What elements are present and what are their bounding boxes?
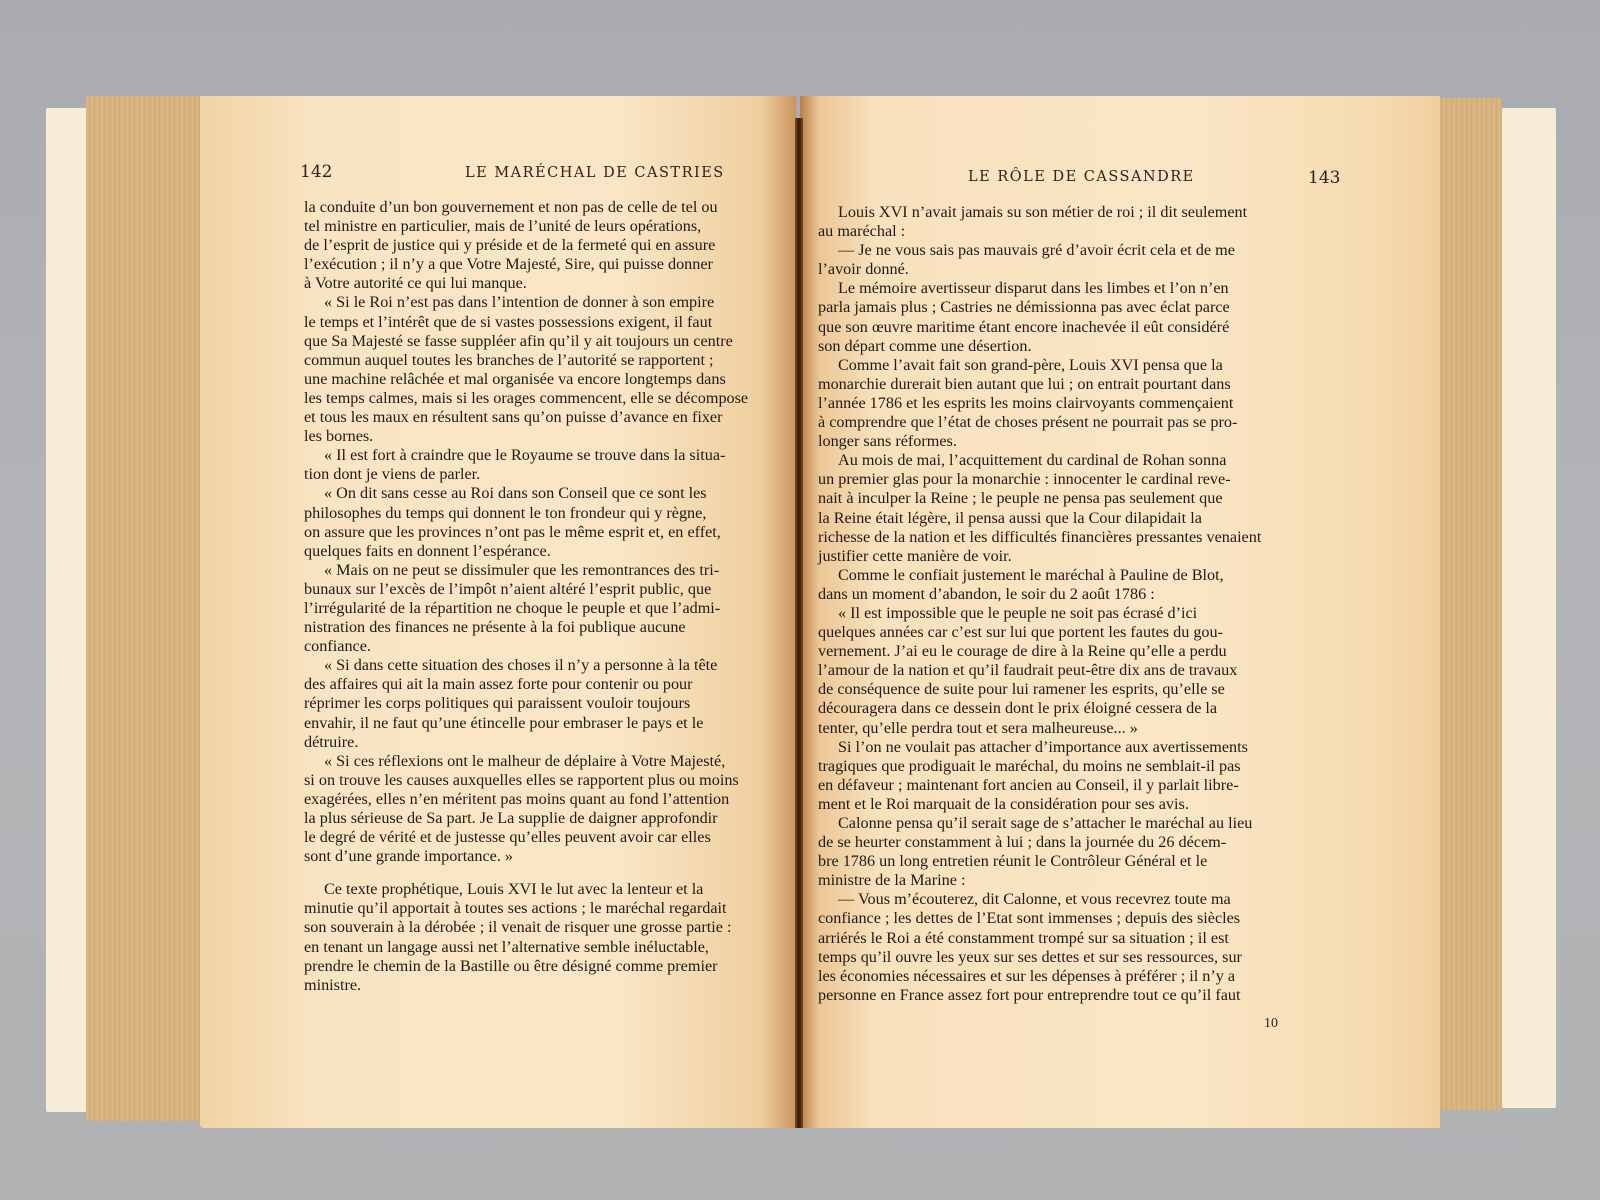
text-line: son départ comme une désertion. bbox=[818, 337, 1328, 356]
text-line: « Il est impossible que le peuple ne soi… bbox=[818, 604, 1328, 623]
text-line: l’exécution ; il n’y a que Votre Majesté… bbox=[304, 255, 792, 274]
text-line: tenter, qu’elle perdra tout et sera malh… bbox=[818, 719, 1328, 738]
text-line: l’irrégularité de la répartition ne choq… bbox=[304, 599, 792, 618]
text-line: Le mémoire avertisseur disparut dans les… bbox=[818, 279, 1328, 298]
right-page-number: 143 bbox=[1308, 168, 1340, 188]
text-line: ment et le Roi marquait de la considérat… bbox=[818, 795, 1328, 814]
text-line: « Si dans cette situation des choses il … bbox=[304, 656, 792, 675]
text-line: détruire. bbox=[304, 733, 792, 752]
text-line: Comme l’avait fait son grand-père, Louis… bbox=[818, 356, 1328, 375]
text-line: bre 1786 un long entretien réunit le Con… bbox=[818, 852, 1328, 871]
left-running-head: LE MARÉCHAL DE CASTRIES bbox=[465, 165, 725, 181]
text-line: envahir, il ne faut qu’une étincelle pou… bbox=[304, 714, 792, 733]
text-line: tion dont je viens de parler. bbox=[304, 465, 792, 484]
text-line: tragiques que prodiguait le maréchal, du… bbox=[818, 757, 1328, 776]
page-stack-left bbox=[86, 96, 204, 1121]
text-line: en défaveur ; maintenant fort ancien au … bbox=[818, 776, 1328, 795]
text-line: parla jamais plus ; Castries ne démissio… bbox=[818, 298, 1328, 317]
text-line: ministre. bbox=[304, 976, 792, 995]
text-line: découragera dans ce dessein dont le prix… bbox=[818, 699, 1328, 718]
text-line: réprimer les corps politiques qui parais… bbox=[304, 694, 792, 713]
text-line: « Si ces réflexions ont le malheur de dé… bbox=[304, 752, 792, 771]
right-running-head: LE RÔLE DE CASSANDRE bbox=[968, 169, 1195, 185]
text-line: de se heurter constamment à lui ; dans l… bbox=[818, 833, 1328, 852]
text-line: l’année 1786 et les esprits les moins cl… bbox=[818, 394, 1328, 413]
text-line: le degré de vérité et de justesse qu’ell… bbox=[304, 828, 792, 847]
text-line: Ce texte prophétique, Louis XVI le lut a… bbox=[304, 880, 792, 899]
text-line: Calonne pensa qu’il serait sage de s’att… bbox=[818, 814, 1328, 833]
text-line: ministre de la Marine : bbox=[818, 871, 1328, 890]
text-line: Comme le confiait justement le maréchal … bbox=[818, 566, 1328, 585]
text-line: quelques années car c’est sur lui que po… bbox=[818, 623, 1328, 642]
text-line: les temps calmes, mais si les orages com… bbox=[304, 389, 792, 408]
text-line: richesse de la nation et les difficultés… bbox=[818, 528, 1328, 547]
text-line: confiance ; les dettes de l’Etat sont im… bbox=[818, 909, 1328, 928]
text-line: « Il est fort à craindre que le Royaume … bbox=[304, 446, 792, 465]
text-line: philosophes du temps qui donnent le ton … bbox=[304, 504, 792, 523]
text-line: si on trouve les causes auxquelles elles… bbox=[304, 771, 792, 790]
text-line: à comprendre que l’état de choses présen… bbox=[818, 413, 1328, 432]
text-line: les économies nécessaires et sur les dép… bbox=[818, 967, 1328, 986]
text-line: justifier cette manière de voir. bbox=[818, 547, 1328, 566]
text-line: Si l’on ne voulait pas attacher d’import… bbox=[818, 738, 1328, 757]
text-line: personne en France assez fort pour entre… bbox=[818, 986, 1328, 1005]
text-line: l’avoir donné. bbox=[818, 260, 1328, 279]
text-line: un premier glas pour la monarchie : inno… bbox=[818, 470, 1328, 489]
text-line: une machine relâchée et mal organisée va… bbox=[304, 370, 792, 389]
text-line: on assure que les provinces n’ont pas le… bbox=[304, 523, 792, 542]
text-line: exagérées, elles n’en méritent pas moins… bbox=[304, 790, 792, 809]
text-line: « Mais on ne peut se dissimuler que les … bbox=[304, 561, 792, 580]
text-line: au maréchal : bbox=[818, 222, 1328, 241]
page-stack-right bbox=[1438, 98, 1502, 1110]
text-line: quelques faits en donnent l’espérance. bbox=[304, 542, 792, 561]
text-line: Au mois de mai, l’acquittement du cardin… bbox=[818, 451, 1328, 470]
text-line: que Sa Majesté se fasse suppléer afin qu… bbox=[304, 332, 792, 351]
right-page-text: Louis XVI n’avait jamais su son métier d… bbox=[818, 203, 1328, 1005]
text-line: nait à inculper la Reine ; le peuple ne … bbox=[818, 489, 1328, 508]
text-line: son souverain à la dérobée ; il venait d… bbox=[304, 918, 792, 937]
left-page-number: 142 bbox=[300, 162, 332, 182]
text-line: arriérés le Roi a été constamment trompé… bbox=[818, 929, 1328, 948]
text-line: que son œuvre maritime étant encore inac… bbox=[818, 318, 1328, 337]
text-line: nistration des finances ne présente à la… bbox=[304, 618, 792, 637]
text-line: les bornes. bbox=[304, 427, 792, 446]
text-line: l’amour de la nation et qu’il faudrait p… bbox=[818, 661, 1328, 680]
text-line: temps qu’il ouvre les yeux sur ses dette… bbox=[818, 948, 1328, 967]
text-line: le temps et l’intérêt que de si vastes p… bbox=[304, 313, 792, 332]
text-line: tel ministre en particulier, mais de l’u… bbox=[304, 217, 792, 236]
text-line: confiance. bbox=[304, 637, 792, 656]
left-page-text: la conduite d’un bon gouvernement et non… bbox=[304, 198, 792, 995]
text-line: la plus sérieuse de Sa part. Je La suppl… bbox=[304, 809, 792, 828]
book-gutter bbox=[795, 118, 803, 1128]
signature-mark: 10 bbox=[1264, 1016, 1278, 1032]
text-line: dans un moment d’abandon, le soir du 2 a… bbox=[818, 585, 1328, 604]
text-line: de l’esprit de justice qui y préside et … bbox=[304, 236, 792, 255]
text-line: « Si le Roi n’est pas dans l’intention d… bbox=[304, 293, 792, 312]
text-line: sont d’une grande importance. » bbox=[304, 847, 792, 866]
text-line: monarchie durerait bien autant que lui ;… bbox=[818, 375, 1328, 394]
text-line: prendre le chemin de la Bastille ou être… bbox=[304, 957, 792, 976]
text-line: — Vous m’écouterez, dit Calonne, et vous… bbox=[818, 890, 1328, 909]
text-line: longer sans réformes. bbox=[818, 432, 1328, 451]
text-line: et tous les maux en résultent sans qu’on… bbox=[304, 408, 792, 427]
text-line: de conséquence de suite pour lui ramener… bbox=[818, 680, 1328, 699]
text-line: commun auquel toutes les branches de l’a… bbox=[304, 351, 792, 370]
text-line: Louis XVI n’avait jamais su son métier d… bbox=[818, 203, 1328, 222]
text-line: vernement. J’ai eu le courage de dire à … bbox=[818, 642, 1328, 661]
text-line: — Je ne vous sais pas mauvais gré d’avoi… bbox=[818, 241, 1328, 260]
text-line: des affaires qui ait la main assez forte… bbox=[304, 675, 792, 694]
text-line: bunaux sur l’excès de l’impôt n’aient al… bbox=[304, 580, 792, 599]
text-line: à Votre autorité ce qui lui manque. bbox=[304, 274, 792, 293]
text-line: la conduite d’un bon gouvernement et non… bbox=[304, 198, 792, 217]
text-line: « On dit sans cesse au Roi dans son Cons… bbox=[304, 484, 792, 503]
text-line: la Reine était légère, il pensa aussi qu… bbox=[818, 509, 1328, 528]
text-line: en tenant un langage aussi net l’alterna… bbox=[304, 938, 792, 957]
text-line: minutie qu’il apportait à toutes ses act… bbox=[304, 899, 792, 918]
